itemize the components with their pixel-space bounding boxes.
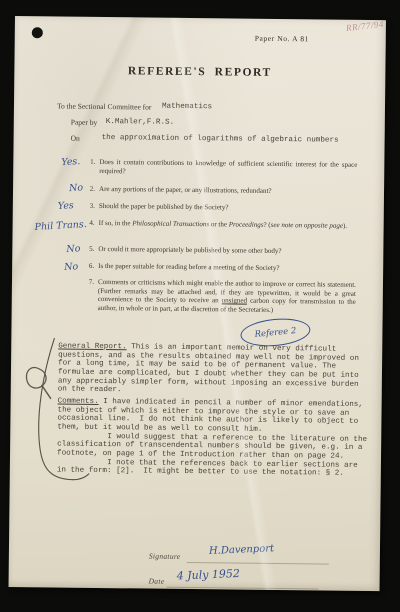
question-6: 6. Is the paper suitable for reading bef… (85, 262, 356, 274)
general-report-heading: General Report. (58, 343, 126, 352)
signature-label: Signature (149, 552, 181, 561)
date-line (167, 586, 319, 590)
signature-handwriting: H.Davenport (209, 543, 275, 557)
comments-paragraph: Comments. I have indicated in pencil a n… (57, 398, 378, 480)
subject-value: the approximation of logarithms of algeb… (102, 134, 339, 145)
question-text: Comments or criticisms which might enabl… (98, 278, 356, 315)
hole-punch-mark (32, 27, 43, 38)
question-text: Or could it more appropriately be publis… (98, 245, 356, 257)
answer-q3: Yes (58, 200, 75, 212)
date-handwriting: 4 July 1952 (176, 567, 240, 583)
committee-value: Mathematics (162, 103, 212, 112)
answer-q1: Yes. (61, 156, 81, 168)
comments-body: I have indicated in pencil a number of m… (57, 398, 367, 478)
archive-ref-number: RR/77/94 (345, 19, 384, 33)
pencil-q-mark (17, 359, 58, 414)
question-text: Is the paper suitable for reading before… (98, 262, 356, 274)
question-text: Does it contain contributions to knowled… (99, 158, 357, 178)
paper-number: Paper No. A 81 (255, 34, 309, 44)
circled-note-text: Referee 2 (254, 326, 297, 340)
question-2: 2. Are any portions of the paper, or any… (86, 185, 357, 197)
paper-by-value: K.Mahler,F.R.S. (106, 118, 174, 127)
question-text: Are any portions of the paper, or any il… (99, 185, 357, 197)
question-4: 4. If so, in the Philosophical Transacti… (86, 219, 357, 231)
answer-q4: Phil Trans. (34, 219, 87, 233)
committee-label: To the Sectional Committee for (57, 101, 152, 111)
answer-q2: No (69, 182, 84, 194)
answer-q5: No (66, 243, 81, 255)
question-number: 6. (85, 262, 94, 271)
question-number: 5. (85, 245, 94, 254)
paper-by-label: Paper by (71, 118, 98, 127)
subject-label: On (71, 134, 80, 143)
question-7: 7. Comments or criticisms which might en… (85, 278, 356, 315)
general-report-body: This is an important memoir on very diff… (58, 343, 359, 394)
question-number: 3. (86, 202, 95, 211)
question-3: 3. Should the paper be published by the … (86, 202, 357, 214)
general-report-paragraph: General Report. This is an important mem… (58, 343, 379, 399)
signature-line (187, 561, 329, 565)
question-number: 7. (85, 278, 94, 312)
referee-report-sheet: RR/77/94 Paper No. A 81 REFEREE'S REPORT… (9, 16, 386, 591)
date-label: Date (149, 577, 165, 586)
question-1: 1. Does it contain contributions to know… (86, 158, 357, 178)
question-5: 5. Or could it more appropriately be pub… (85, 245, 356, 257)
answer-q6: No (64, 261, 79, 273)
question-text: Should the paper be published by the Soc… (99, 202, 357, 214)
question-number: 4. (86, 219, 95, 228)
question-text: If so, in the Philosophical Transactions… (99, 219, 357, 231)
question-number: 2. (86, 185, 95, 194)
comments-heading: Comments. (58, 398, 99, 406)
scanned-document-page: RR/77/94 Paper No. A 81 REFEREE'S REPORT… (0, 0, 400, 612)
page-title: REFEREE'S REPORT (14, 64, 385, 80)
question-number: 1. (86, 158, 95, 175)
